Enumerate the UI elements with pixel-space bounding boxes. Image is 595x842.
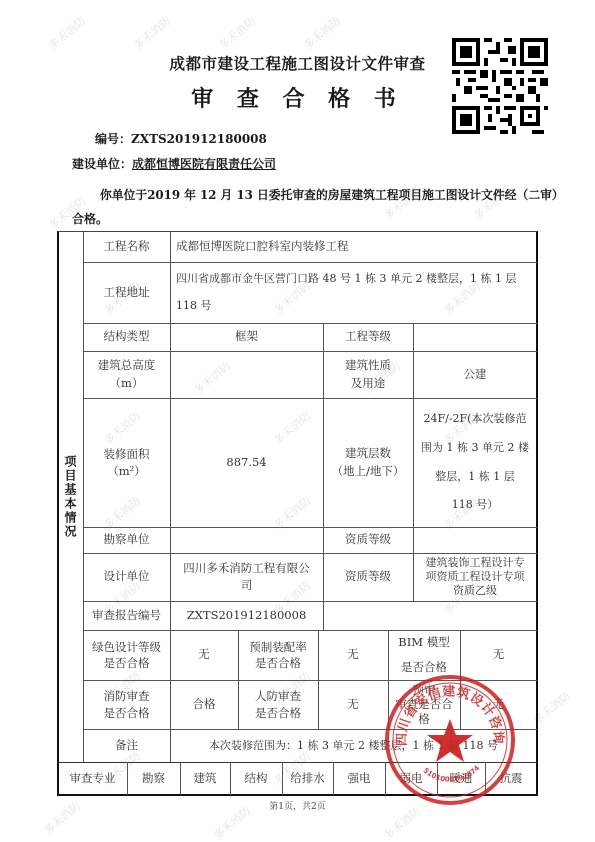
label-line: 及用途 — [351, 375, 386, 393]
label-line: （m²） — [107, 463, 146, 479]
discipline-seismic: 抗震 — [485, 762, 537, 795]
label-line: 预审 — [413, 683, 436, 697]
discipline-structure: 结构 — [230, 762, 282, 795]
watermark-text: 多禾消防 — [300, 13, 344, 54]
statement-line-2: 合格。 — [72, 210, 108, 227]
renovation-area-value: 887.54 — [170, 398, 323, 527]
label-line: 审查是否合 — [395, 697, 453, 711]
project-grade-label: 工程等级 — [323, 323, 413, 351]
label-line: 是否合格 — [255, 655, 301, 671]
discipline-architecture: 建筑 — [180, 762, 230, 795]
design-qualification-value: 建筑装饰工程设计专 项资质工程设计专项 资质乙级 — [413, 553, 537, 601]
discipline-survey: 勘察 — [127, 762, 180, 795]
label-line: 人防审查 — [255, 688, 301, 704]
value-line: 司 — [241, 577, 253, 594]
review-report-number-value: ZXTS201912180008 — [170, 601, 323, 630]
label-line: 是否合格 — [104, 655, 150, 671]
statement-line-1: 你单位于2019 年 12 月 13 日委托审查的房屋建筑工程项目施工图设计文件… — [100, 186, 564, 203]
label-line: 绿色设计等级 — [92, 639, 161, 655]
label-line: 消防审查 — [104, 688, 150, 704]
other-review-value: 无 — [460, 680, 537, 729]
civil-defense-value: 无 — [318, 680, 388, 729]
value-line: 24F/-2F(本次装修范 — [424, 405, 527, 434]
label-line: 格 — [418, 712, 430, 726]
qr-code-icon — [452, 38, 548, 134]
label-line: BIM 模型 — [398, 630, 449, 655]
value-line: 项资质工程设计专项 — [426, 570, 525, 584]
address-label: 工程地址 — [83, 262, 170, 323]
label-line: 建筑总高度 — [98, 357, 156, 375]
certificate-number: 编号：ZXTS201912180008 — [95, 130, 267, 147]
discipline-weak-current: 弱电 — [385, 762, 437, 795]
floors-label: 建筑层数 （地上/地下） — [323, 398, 413, 527]
remark-label: 备注 — [83, 729, 170, 762]
address-value: 四川省成都市金牛区营门口路 48 号 1 栋 3 单元 2 楼整层，1 栋 1 … — [170, 262, 537, 323]
structure-type-value: 框架 — [170, 323, 323, 351]
green-design-value: 无 — [170, 630, 238, 680]
label-line: （地上/地下） — [332, 463, 405, 481]
discipline-plumbing: 给排水 — [282, 762, 333, 795]
survey-unit-value — [170, 527, 323, 553]
review-report-number-label: 审查报告编号 — [83, 601, 170, 630]
page-indicator: 第1页，共2页 — [0, 799, 595, 812]
value-line: 整层，1 栋 1 层 — [435, 463, 515, 492]
client-unit-label: 建设单位： — [72, 157, 132, 171]
watermark-text: 多禾消防 — [215, 13, 259, 54]
label-line: 是否合格 — [255, 705, 301, 721]
section-label-project-basics: 项目基本情况 — [58, 232, 83, 762]
building-nature-value: 公建 — [413, 351, 537, 398]
design-qualification-label: 资质等级 — [323, 553, 413, 601]
certificate-number-value: ZXTS201912180008 — [131, 132, 267, 146]
watermark-text: 多禾消防 — [45, 13, 89, 54]
address-value-line: 118 号 — [176, 293, 212, 319]
prefab-rate-label: 预制装配率 是否合格 — [238, 630, 318, 680]
value-line: 资质乙级 — [453, 584, 497, 598]
label-line: 是否合格 — [104, 705, 150, 721]
floors-value: 24F/-2F(本次装修范 围为 1 栋 3 单元 2 楼 整层，1 栋 1 层… — [413, 398, 537, 527]
certificate-number-label: 编号： — [95, 132, 131, 146]
label-line: 建筑层数 — [345, 445, 391, 463]
structure-type-label: 结构类型 — [83, 323, 170, 351]
label-line: 是否合格 — [401, 655, 447, 680]
survey-qualification-label: 资质等级 — [323, 527, 413, 553]
design-unit-label: 设计单位 — [83, 553, 170, 601]
remark-value: 本次装修范围为：1 栋 3 单元 2 楼整层，1 栋 1 层 118 号 — [170, 729, 537, 762]
value-line: 建筑装饰工程设计专 — [426, 556, 525, 570]
survey-unit-label: 勘察单位 — [83, 527, 170, 553]
building-nature-label: 建筑性质 及用途 — [323, 351, 413, 398]
label-line: 装修面积 — [104, 446, 150, 462]
address-value-line: 四川省成都市金牛区营门口路 48 号 1 栋 3 单元 2 楼整层，1 栋 1 … — [176, 266, 516, 292]
client-unit-value: 成都恒博医院有限责任公司 — [132, 157, 276, 171]
value-line: 围为 1 栋 3 单元 2 楼 — [421, 434, 529, 463]
renovation-area-label: 装修面积 （m²） — [83, 398, 170, 527]
discipline-header: 审查专业 — [58, 762, 127, 795]
other-review-label: 预审 审查是否合 格 — [388, 680, 460, 729]
value-line: 118 号） — [452, 491, 499, 520]
bim-model-label: BIM 模型 是否合格 — [388, 630, 460, 680]
project-grade-value — [413, 323, 537, 351]
watermark-text: 多禾消防 — [130, 13, 174, 54]
building-height-label: 建筑总高度 （m） — [83, 351, 170, 398]
discipline-hvac: 暖通 — [437, 762, 485, 795]
client-unit: 建设单位：成都恒博医院有限责任公司 — [72, 155, 276, 172]
design-unit-value: 四川多禾消防工程有限公 司 — [170, 553, 323, 601]
label-line: 建筑性质 — [345, 357, 391, 375]
label-line: （m） — [110, 375, 144, 393]
prefab-rate-value: 无 — [318, 630, 388, 680]
building-height-value — [170, 351, 323, 398]
fire-review-label: 消防审查 是否合格 — [83, 680, 170, 729]
fire-review-value: 合格 — [170, 680, 238, 729]
bim-model-value: 无 — [460, 630, 537, 680]
survey-qualification-value — [413, 527, 537, 553]
label-line: 预制装配率 — [249, 639, 307, 655]
discipline-strong-current: 强电 — [333, 762, 385, 795]
project-name-value: 成都恒博医院口腔科室内装修工程 — [170, 232, 537, 262]
value-line: 四川多禾消防工程有限公 — [183, 560, 310, 577]
project-name-label: 工程名称 — [83, 232, 170, 262]
green-design-label: 绿色设计等级 是否合格 — [83, 630, 170, 680]
civil-defense-label: 人防审查 是否合格 — [238, 680, 318, 729]
